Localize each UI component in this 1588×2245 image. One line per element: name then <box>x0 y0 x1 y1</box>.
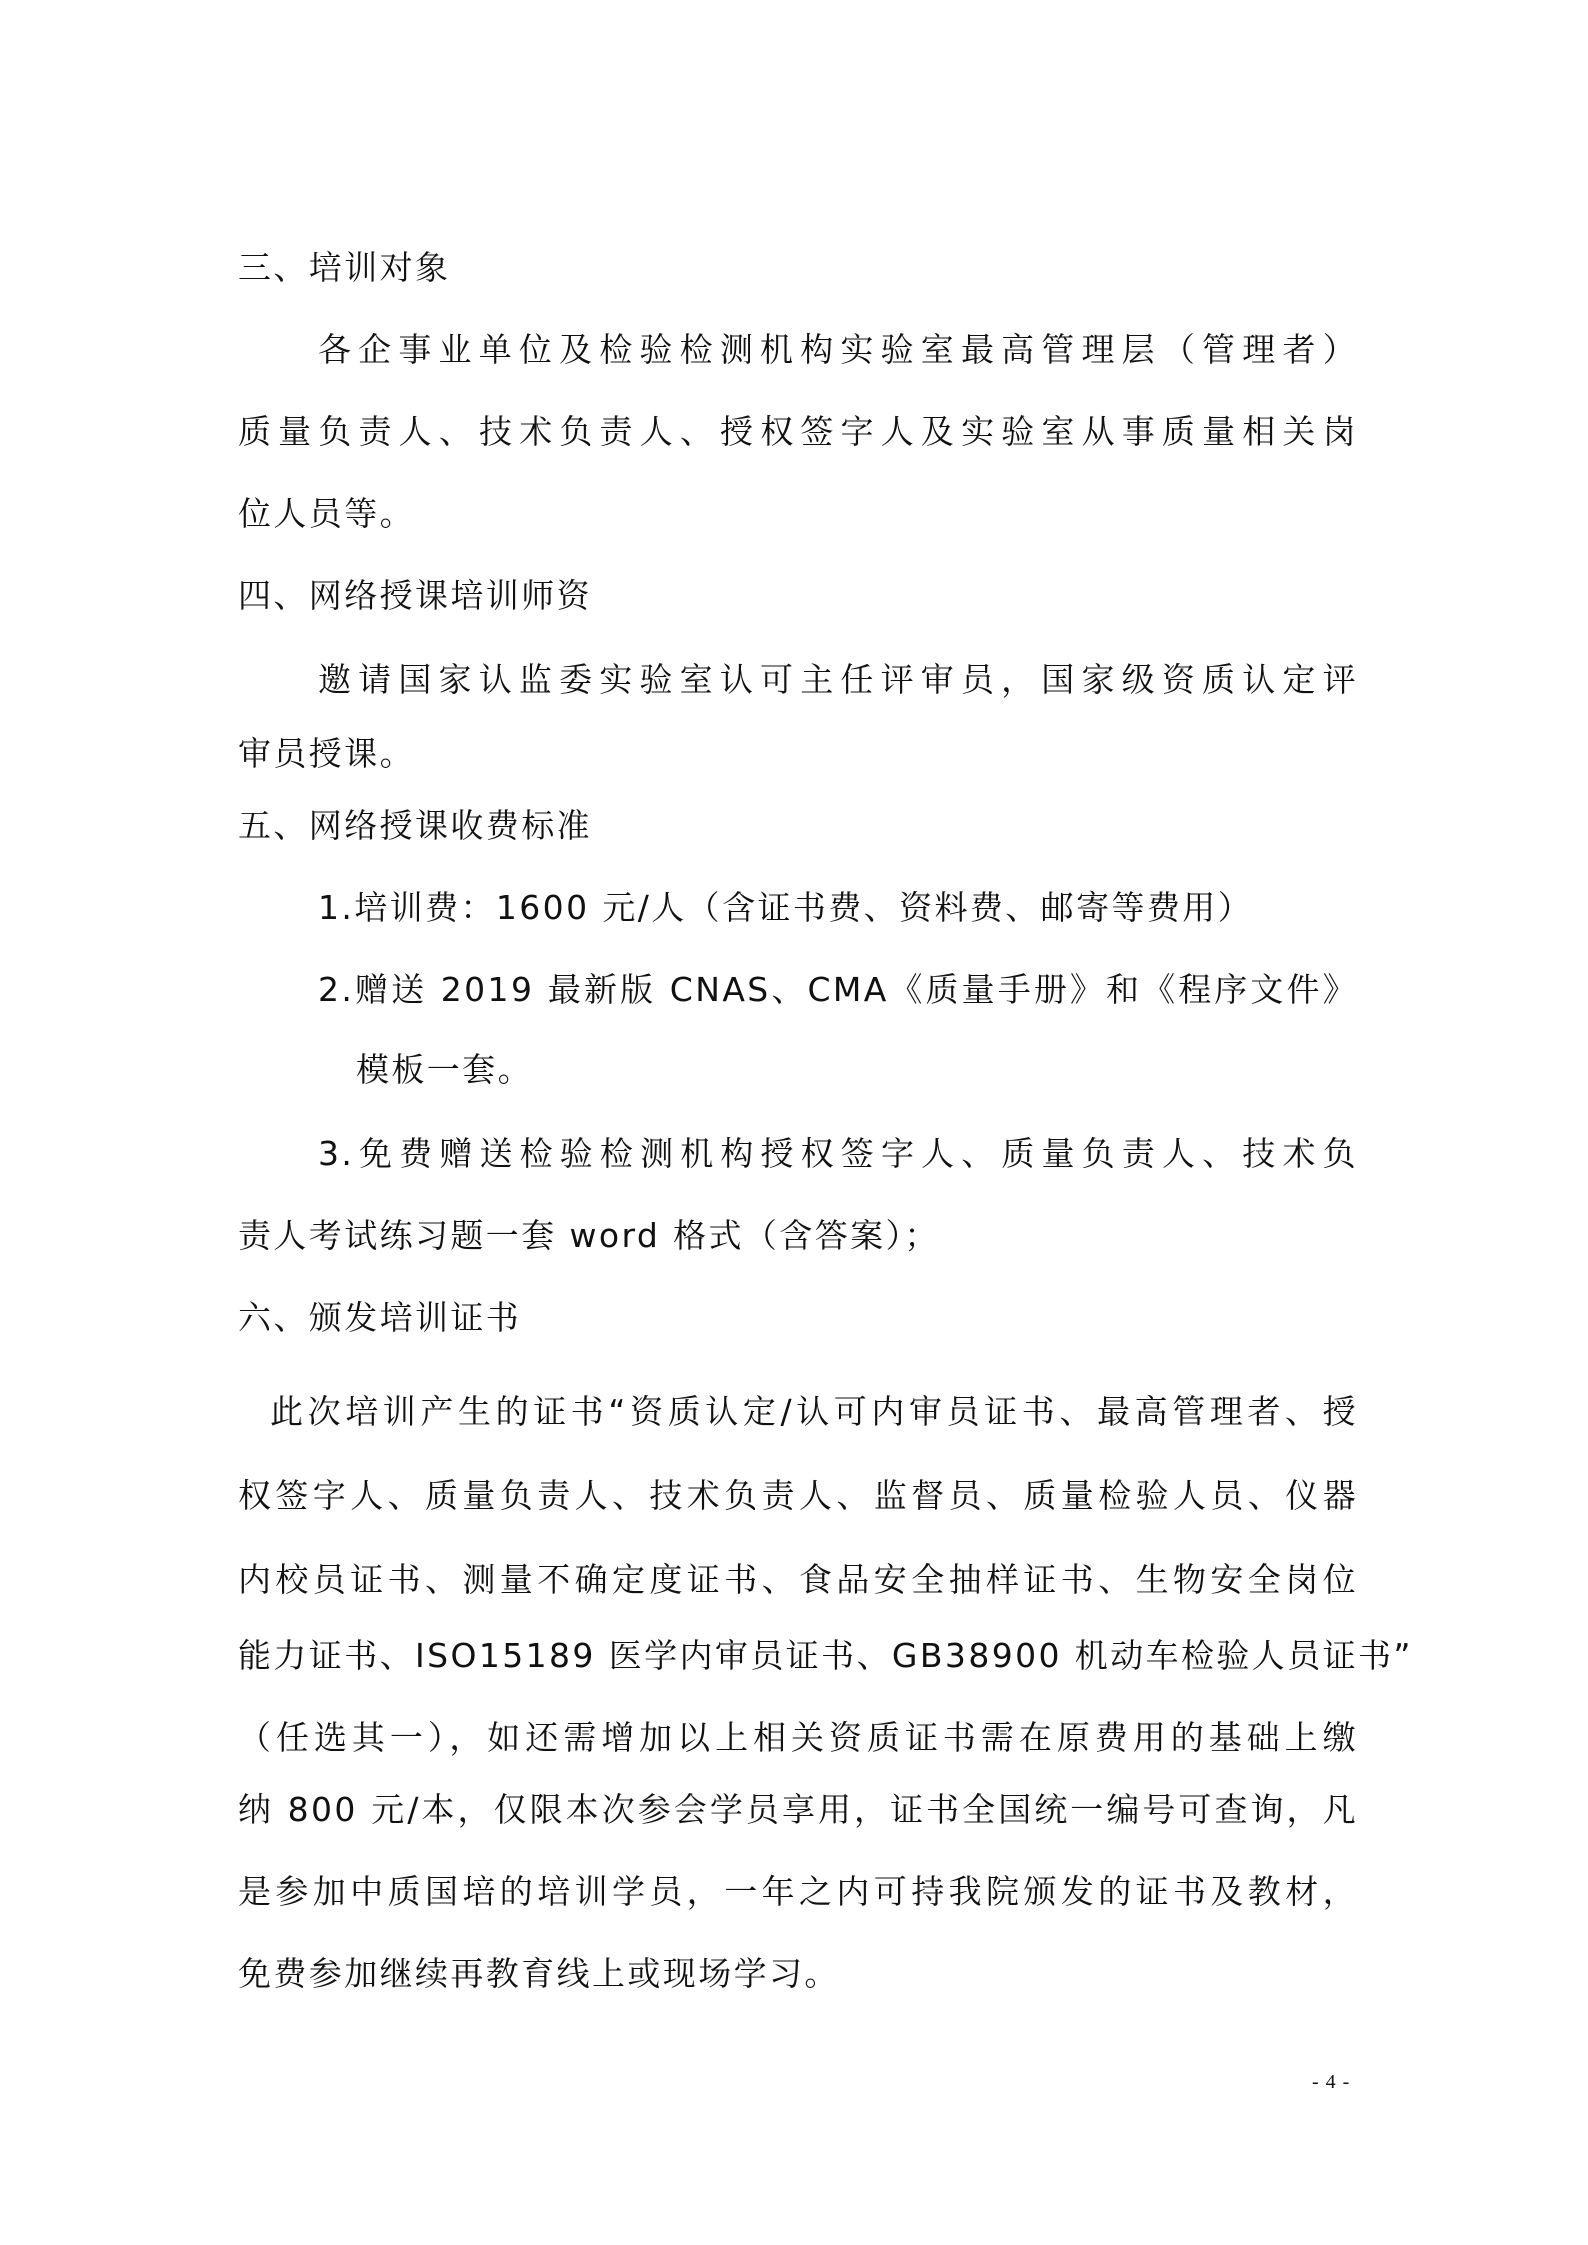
paragraph-line: 能力证书、ISO15189 医学内审员证书、GB38900 机动车检验人员证书” <box>238 1636 1358 1676</box>
fee-item-3-continued: 责人考试练习题一套 word 格式（含答案）； <box>238 1216 1358 1256</box>
paragraph-line: （任选其一），如还需增加以上相关资质证书需在原费用的基础上缴 <box>238 1718 1358 1758</box>
paragraph-line: 纳 800 元/本，仅限本次参会学员享用，证书全国统一编号可查询，凡 <box>238 1790 1358 1830</box>
fee-item-3: 3.免费赠送检验检测机构授权签字人、质量负责人、技术负 <box>318 1134 1358 1174</box>
paragraph-line: 内校员证书、测量不确定度证书、食品安全抽样证书、生物安全岗位 <box>238 1560 1358 1600</box>
paragraph-line: 审员授课。 <box>238 734 1358 774</box>
paragraph-line: 质量负责人、技术负责人、授权签字人及实验室从事质量相关岗 <box>238 412 1358 452</box>
page-number: - 4 - <box>1312 2070 1350 2094</box>
section-heading-certificates: 六、颁发培训证书 <box>238 1298 1358 1338</box>
section-heading-fee-standard: 五、网络授课收费标准 <box>238 806 1358 846</box>
paragraph-line: 位人员等。 <box>238 494 1358 534</box>
paragraph-line: 各企事业单位及检验检测机构实验室最高管理层（管理者） <box>318 330 1358 370</box>
section-heading-instructors: 四、网络授课培训师资 <box>238 576 1358 616</box>
section-heading-training-audience: 三、培训对象 <box>238 248 1358 288</box>
paragraph-line: 此次培训产生的证书“资质认定/认可内审员证书、最高管理者、授 <box>270 1392 1358 1432</box>
paragraph-line: 是参加中质国培的培训学员，一年之内可持我院颁发的证书及教材， <box>238 1872 1358 1912</box>
fee-item-2-continued: 模板一套。 <box>356 1050 1358 1090</box>
fee-item-2: 2.赠送 2019 最新版 CNAS、CMA《质量手册》和《程序文件》 <box>318 970 1358 1010</box>
paragraph-line: 邀请国家认监委实验室认可主任评审员，国家级资质认定评 <box>318 660 1358 700</box>
paragraph-line: 权签字人、质量负责人、技术负责人、监督员、质量检验人员、仪器 <box>238 1476 1358 1516</box>
document-page: 三、培训对象 各企事业单位及检验检测机构实验室最高管理层（管理者） 质量负责人、… <box>0 0 1588 2245</box>
paragraph-line: 免费参加继续再教育线上或现场学习。 <box>238 1954 1358 1994</box>
fee-item-1: 1.培训费：1600 元/人（含证书费、资料费、邮寄等费用） <box>318 888 1358 928</box>
